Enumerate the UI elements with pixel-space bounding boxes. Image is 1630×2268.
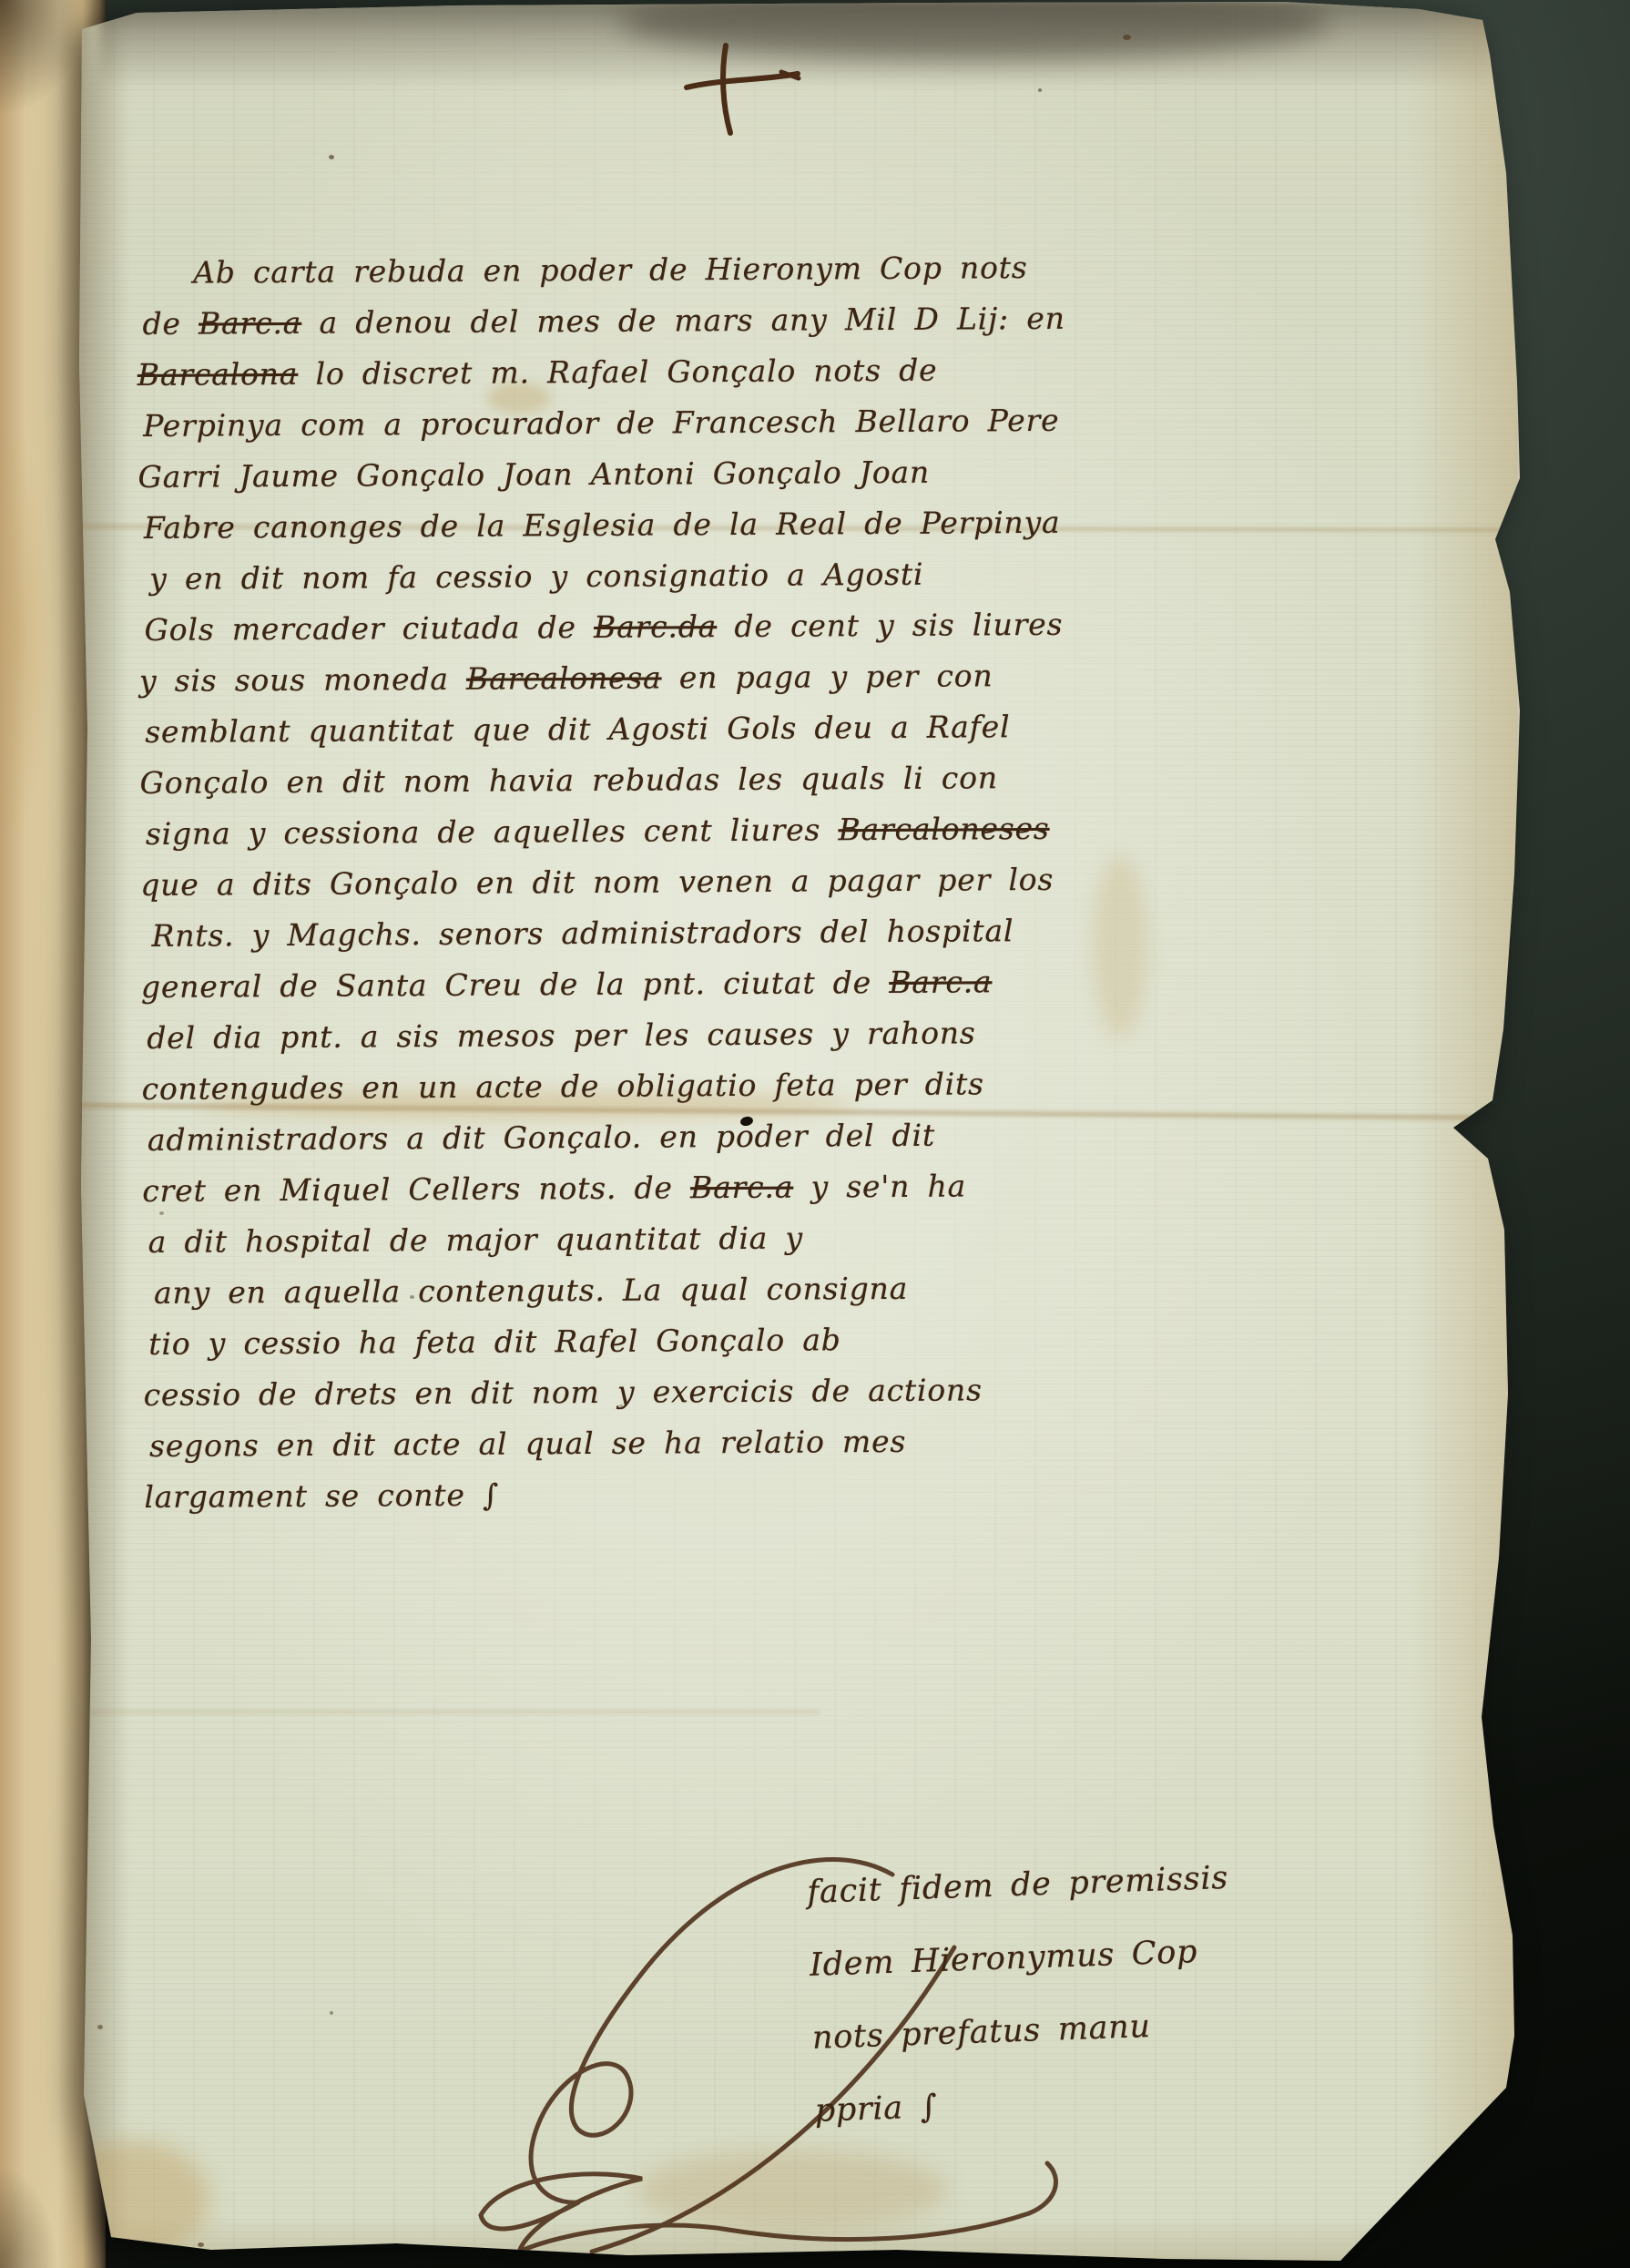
manuscript-line: Gonçalo en dit nom havia rebudas les qua…: [139, 750, 1487, 809]
manuscript-photo-stage: Ab carta rebuda en poder de Hieronym Cop…: [0, 0, 1630, 2268]
bottom-left-stain: [55, 2140, 209, 2259]
manuscript-line: contengudes en un acte de obligatio feta…: [141, 1056, 1489, 1115]
manuscript-text-segment: y sis sous moneda: [139, 661, 466, 699]
manuscript-text-segment: contengudes en un acte de obligatio feta…: [142, 1066, 984, 1107]
manuscript-text-segment: del dia pnt. a sis mesos per les causes …: [147, 1015, 976, 1056]
manuscript-text-segment: Barc.a: [199, 305, 301, 342]
manuscript-line: Garri Jaume Gonçalo Joan Antoni Gonçalo …: [138, 444, 1485, 503]
manuscript-line: de Barc.a a denou del mes de mars any Mi…: [142, 291, 1484, 350]
manuscript-line: del dia pnt. a sis mesos per les causes …: [147, 1005, 1489, 1064]
manuscript-text-segment: de cent y sis liures: [717, 607, 1063, 644]
cross-mark-icon: [674, 40, 810, 140]
manuscript-line: Rnts. y Magchs. senors administradors de…: [151, 903, 1488, 962]
manuscript-text-segment: Perpinya com a procurador de Francesch B…: [143, 403, 1059, 444]
manuscript-line: a dit hospital de major quantitat dia y: [148, 1209, 1490, 1268]
manuscript-text-segment: y se'n ha: [793, 1168, 966, 1204]
manuscript-text-segment: Fabre canonges de la Esglesia de la Real…: [144, 505, 1061, 546]
manuscript-line: Ab carta rebuda en poder de Hieronym Cop…: [193, 240, 1484, 299]
manuscript-text-segment: any en aquella contenguts. La qual consi…: [154, 1271, 908, 1311]
manuscript-text-segment: Ab carta rebuda en poder de Hieronym Cop…: [193, 250, 1028, 291]
manuscript-text-segment: Gonçalo en dit nom havia rebudas les qua…: [139, 760, 998, 801]
manuscript-line: semblant quantitat que dit Agosti Gols d…: [145, 699, 1487, 758]
certification-line: ppria ∫: [813, 2060, 1237, 2148]
manuscript-text-segment: cessio de drets en dit nom y exercicis d…: [144, 1372, 983, 1413]
manuscript-line: cret en Miquel Cellers nots. de Barc.a y…: [142, 1158, 1490, 1217]
gutter-shading: [73, 0, 129, 2268]
manuscript-text-segment: a dit hospital de major quantitat dia y: [148, 1221, 804, 1260]
ink-speck: [1123, 35, 1131, 40]
ink-speck: [330, 2011, 333, 2015]
manuscript-text-segment: signa y cessiona de aquelles cent liures: [146, 812, 839, 852]
ink-speck: [329, 155, 334, 159]
manuscript-text-segment: y en dit nom fa cessio y consignatio a A…: [149, 557, 923, 597]
manuscript-text-segment: que a dits Gonçalo en dit nom venen a pa…: [140, 862, 1054, 903]
manuscript-line: signa y cessiona de aquelles cent liures…: [146, 801, 1488, 860]
manuscript-line: largament se conte ∫: [144, 1464, 1492, 1523]
manuscript-line: segons en dit acte al qual se ha relatio…: [149, 1413, 1492, 1472]
manuscript-text-segment: tio y cessio ha feta dit Rafel Gonçalo a…: [148, 1322, 841, 1362]
manuscript-line: Perpinya com a procurador de Francesch B…: [143, 393, 1485, 452]
manuscript-text-segment: administradors a dit Gonçalo. en poder d…: [148, 1118, 935, 1158]
manuscript-text-segment: cret en Miquel Cellers nots. de: [142, 1170, 690, 1209]
manuscript-line: administradors a dit Gonçalo. en poder d…: [148, 1107, 1490, 1166]
paper-shadow-wrap: Ab carta rebuda en poder de Hieronym Cop…: [0, 0, 1630, 2268]
manuscript-text-segment: Barc.da: [594, 608, 717, 645]
manuscript-line: cessio de drets en dit nom y exercicis d…: [144, 1362, 1492, 1421]
ink-speck: [97, 2025, 103, 2029]
certification-line: Idem Hieronymus Cop: [809, 1915, 1232, 2002]
ink-speck: [198, 2242, 204, 2247]
manuscript-text-segment: Barc.a: [690, 1170, 793, 1206]
manuscript-text-segment: segons en dit acte al qual se ha relatio…: [149, 1424, 906, 1464]
manuscript-text-segment: a denou del mes de mars any Mil D Lij: e…: [301, 301, 1065, 341]
manuscript-line: Gols mercader ciutada de Barc.da de cent…: [144, 597, 1486, 656]
manuscript-body: Ab carta rebuda en poder de Hieronym Cop…: [137, 240, 1492, 1523]
manuscript-paper-sheet: Ab carta rebuda en poder de Hieronym Cop…: [73, 0, 1530, 2268]
manuscript-text-segment: Barc.a: [889, 964, 992, 1000]
manuscript-line: Fabre canonges de la Esglesia de la Real…: [144, 495, 1486, 554]
manuscript-line: general de Santa Creu de la pnt. ciutat …: [141, 954, 1489, 1013]
manuscript-line: y sis sous moneda Barcalonesa en paga y …: [139, 648, 1487, 707]
manuscript-text-segment: Garri Jaume Gonçalo Joan Antoni Gonçalo …: [138, 455, 930, 495]
manuscript-text-segment: lo discret m. Rafael Gonçalo nots de: [298, 352, 937, 392]
manuscript-text-segment: de: [142, 306, 199, 342]
certification-block: facit fidem de premissisIdem Hieronymus …: [806, 1842, 1238, 2148]
manuscript-text-segment: Gols mercader ciutada de: [144, 609, 594, 648]
manuscript-text-segment: Barcalona: [138, 356, 299, 393]
manuscript-text-segment: en paga y per con: [661, 658, 993, 695]
manuscript-text-segment: Barcalonesa: [466, 659, 662, 696]
manuscript-line: Barcalona lo discret m. Rafael Gonçalo n…: [138, 342, 1485, 401]
manuscript-line: y en dit nom fa cessio y consignatio a A…: [149, 546, 1486, 605]
fold-crease-lower: [73, 1711, 820, 1713]
manuscript-text-segment: Rnts. y Magchs. senors administradors de…: [151, 913, 1014, 954]
manuscript-text-segment: largament se conte ∫: [144, 1477, 499, 1515]
ink-speck: [1038, 88, 1042, 92]
manuscript-text-segment: general de Santa Creu de la pnt. ciutat …: [141, 965, 890, 1005]
manuscript-text-segment: semblant quantitat que dit Agosti Gols d…: [145, 709, 1010, 750]
manuscript-line: tio y cessio ha feta dit Rafel Gonçalo a…: [148, 1311, 1491, 1370]
manuscript-line: que a dits Gonçalo en dit nom venen a pa…: [140, 852, 1488, 911]
manuscript-text-segment: Barcaloneses: [838, 811, 1049, 847]
manuscript-line: any en aquella contenguts. La qual consi…: [154, 1260, 1491, 1319]
